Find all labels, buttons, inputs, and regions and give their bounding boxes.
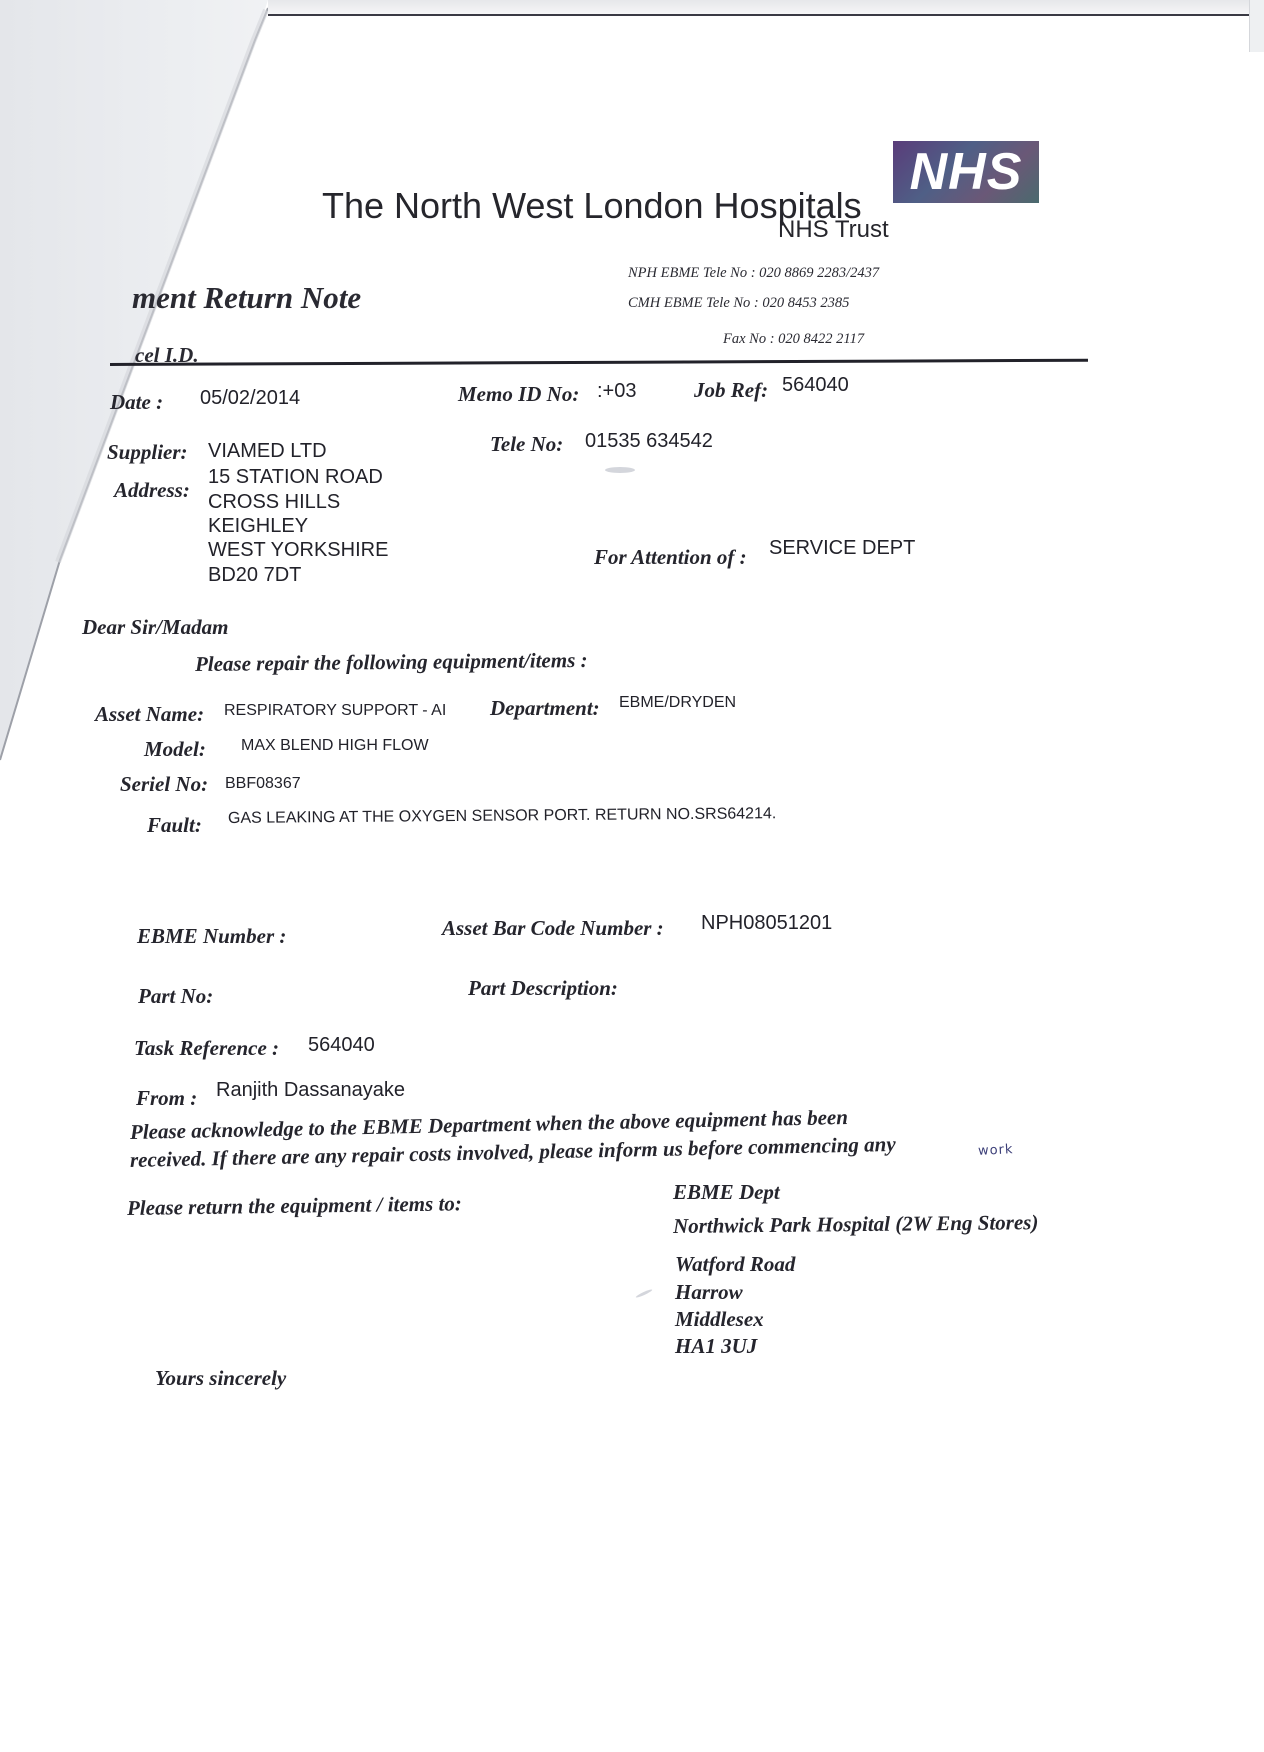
job-ref-label: Job Ref:	[694, 378, 768, 403]
asset-name-value: RESPIRATORY SUPPORT - AI	[224, 702, 446, 720]
asset-barcode-label: Asset Bar Code Number :	[442, 916, 664, 941]
serial-label: Seriel No:	[120, 772, 208, 797]
model-label: Model:	[144, 737, 206, 762]
task-reference-value: 564040	[308, 1034, 375, 1057]
address-label: Address:	[114, 478, 190, 503]
serial-value: BBF08367	[225, 775, 301, 793]
organisation-subtitle: NHS Trust	[778, 216, 889, 244]
attention-value: SERVICE DEPT	[769, 537, 915, 560]
address-line-1: 15 STATION ROAD	[208, 466, 383, 489]
scan-right-tab	[1249, 0, 1264, 52]
return-address-line-2: Northwick Park Hospital (2W Eng Stores)	[673, 1210, 1039, 1239]
from-value: Ranjith Dassanayake	[216, 1079, 405, 1102]
document-title: ment Return Note	[132, 280, 361, 316]
handwritten-note: work	[978, 1142, 1014, 1159]
asset-barcode-value: NPH08051201	[701, 912, 832, 935]
department-label: Department:	[490, 696, 600, 721]
address-line-5: BD20 7DT	[208, 564, 301, 587]
supplier-value: VIAMED LTD	[208, 440, 327, 463]
memo-id-value: :+03	[597, 380, 636, 403]
task-reference-label: Task Reference :	[134, 1036, 279, 1061]
model-value: MAX BLEND HIGH FLOW	[241, 737, 429, 755]
department-value: EBME/DRYDEN	[619, 694, 736, 712]
signoff: Yours sincerely	[155, 1366, 286, 1391]
part-no-label: Part No:	[138, 984, 213, 1009]
ebme-number-label: EBME Number :	[137, 924, 286, 949]
return-address-line-1: EBME Dept	[673, 1180, 780, 1205]
fax-number: Fax No : 020 8422 2117	[723, 331, 864, 348]
fault-label: Fault:	[147, 813, 202, 838]
part-description-label: Part Description:	[468, 976, 618, 1001]
nph-phone: NPH EBME Tele No : 020 8869 2283/2437	[628, 265, 879, 282]
fault-value: GAS LEAKING AT THE OXYGEN SENSOR PORT. R…	[228, 805, 776, 828]
scan-fold-shadow	[0, 0, 300, 1752]
return-label: Please return the equipment / items to:	[127, 1191, 462, 1221]
address-line-4: WEST YORKSHIRE	[208, 539, 388, 562]
return-address-line-6: HA1 3UJ	[675, 1334, 757, 1359]
address-line-2: CROSS HILLS	[208, 491, 340, 514]
asset-name-label: Asset Name:	[95, 702, 204, 727]
scan-smudge	[605, 467, 635, 473]
from-label: From :	[136, 1086, 197, 1111]
tele-value: 01535 634542	[585, 430, 713, 453]
supplier-label: Supplier:	[107, 440, 188, 465]
salutation: Dear Sir/Madam	[82, 615, 228, 640]
repair-request: Please repair the following equipment/it…	[195, 648, 588, 677]
attention-label: For Attention of :	[594, 545, 747, 570]
cmh-phone: CMH EBME Tele No : 020 8453 2385	[628, 295, 849, 312]
return-address-line-3: Watford Road	[675, 1252, 795, 1277]
nhs-logo: NHS	[893, 141, 1039, 203]
tele-label: Tele No:	[490, 432, 563, 457]
date-label: Date :	[110, 390, 163, 415]
header-divider	[110, 359, 1088, 366]
scan-smudge	[635, 1288, 653, 1298]
address-line-3: KEIGHLEY	[208, 515, 308, 538]
job-ref-value: 564040	[782, 374, 849, 397]
memo-id-label: Memo ID No:	[458, 382, 579, 407]
date-value: 05/02/2014	[200, 387, 300, 410]
scan-top-edge	[268, 0, 1264, 16]
return-address-line-5: Middlesex	[675, 1307, 764, 1332]
return-address-line-4: Harrow	[675, 1280, 743, 1305]
